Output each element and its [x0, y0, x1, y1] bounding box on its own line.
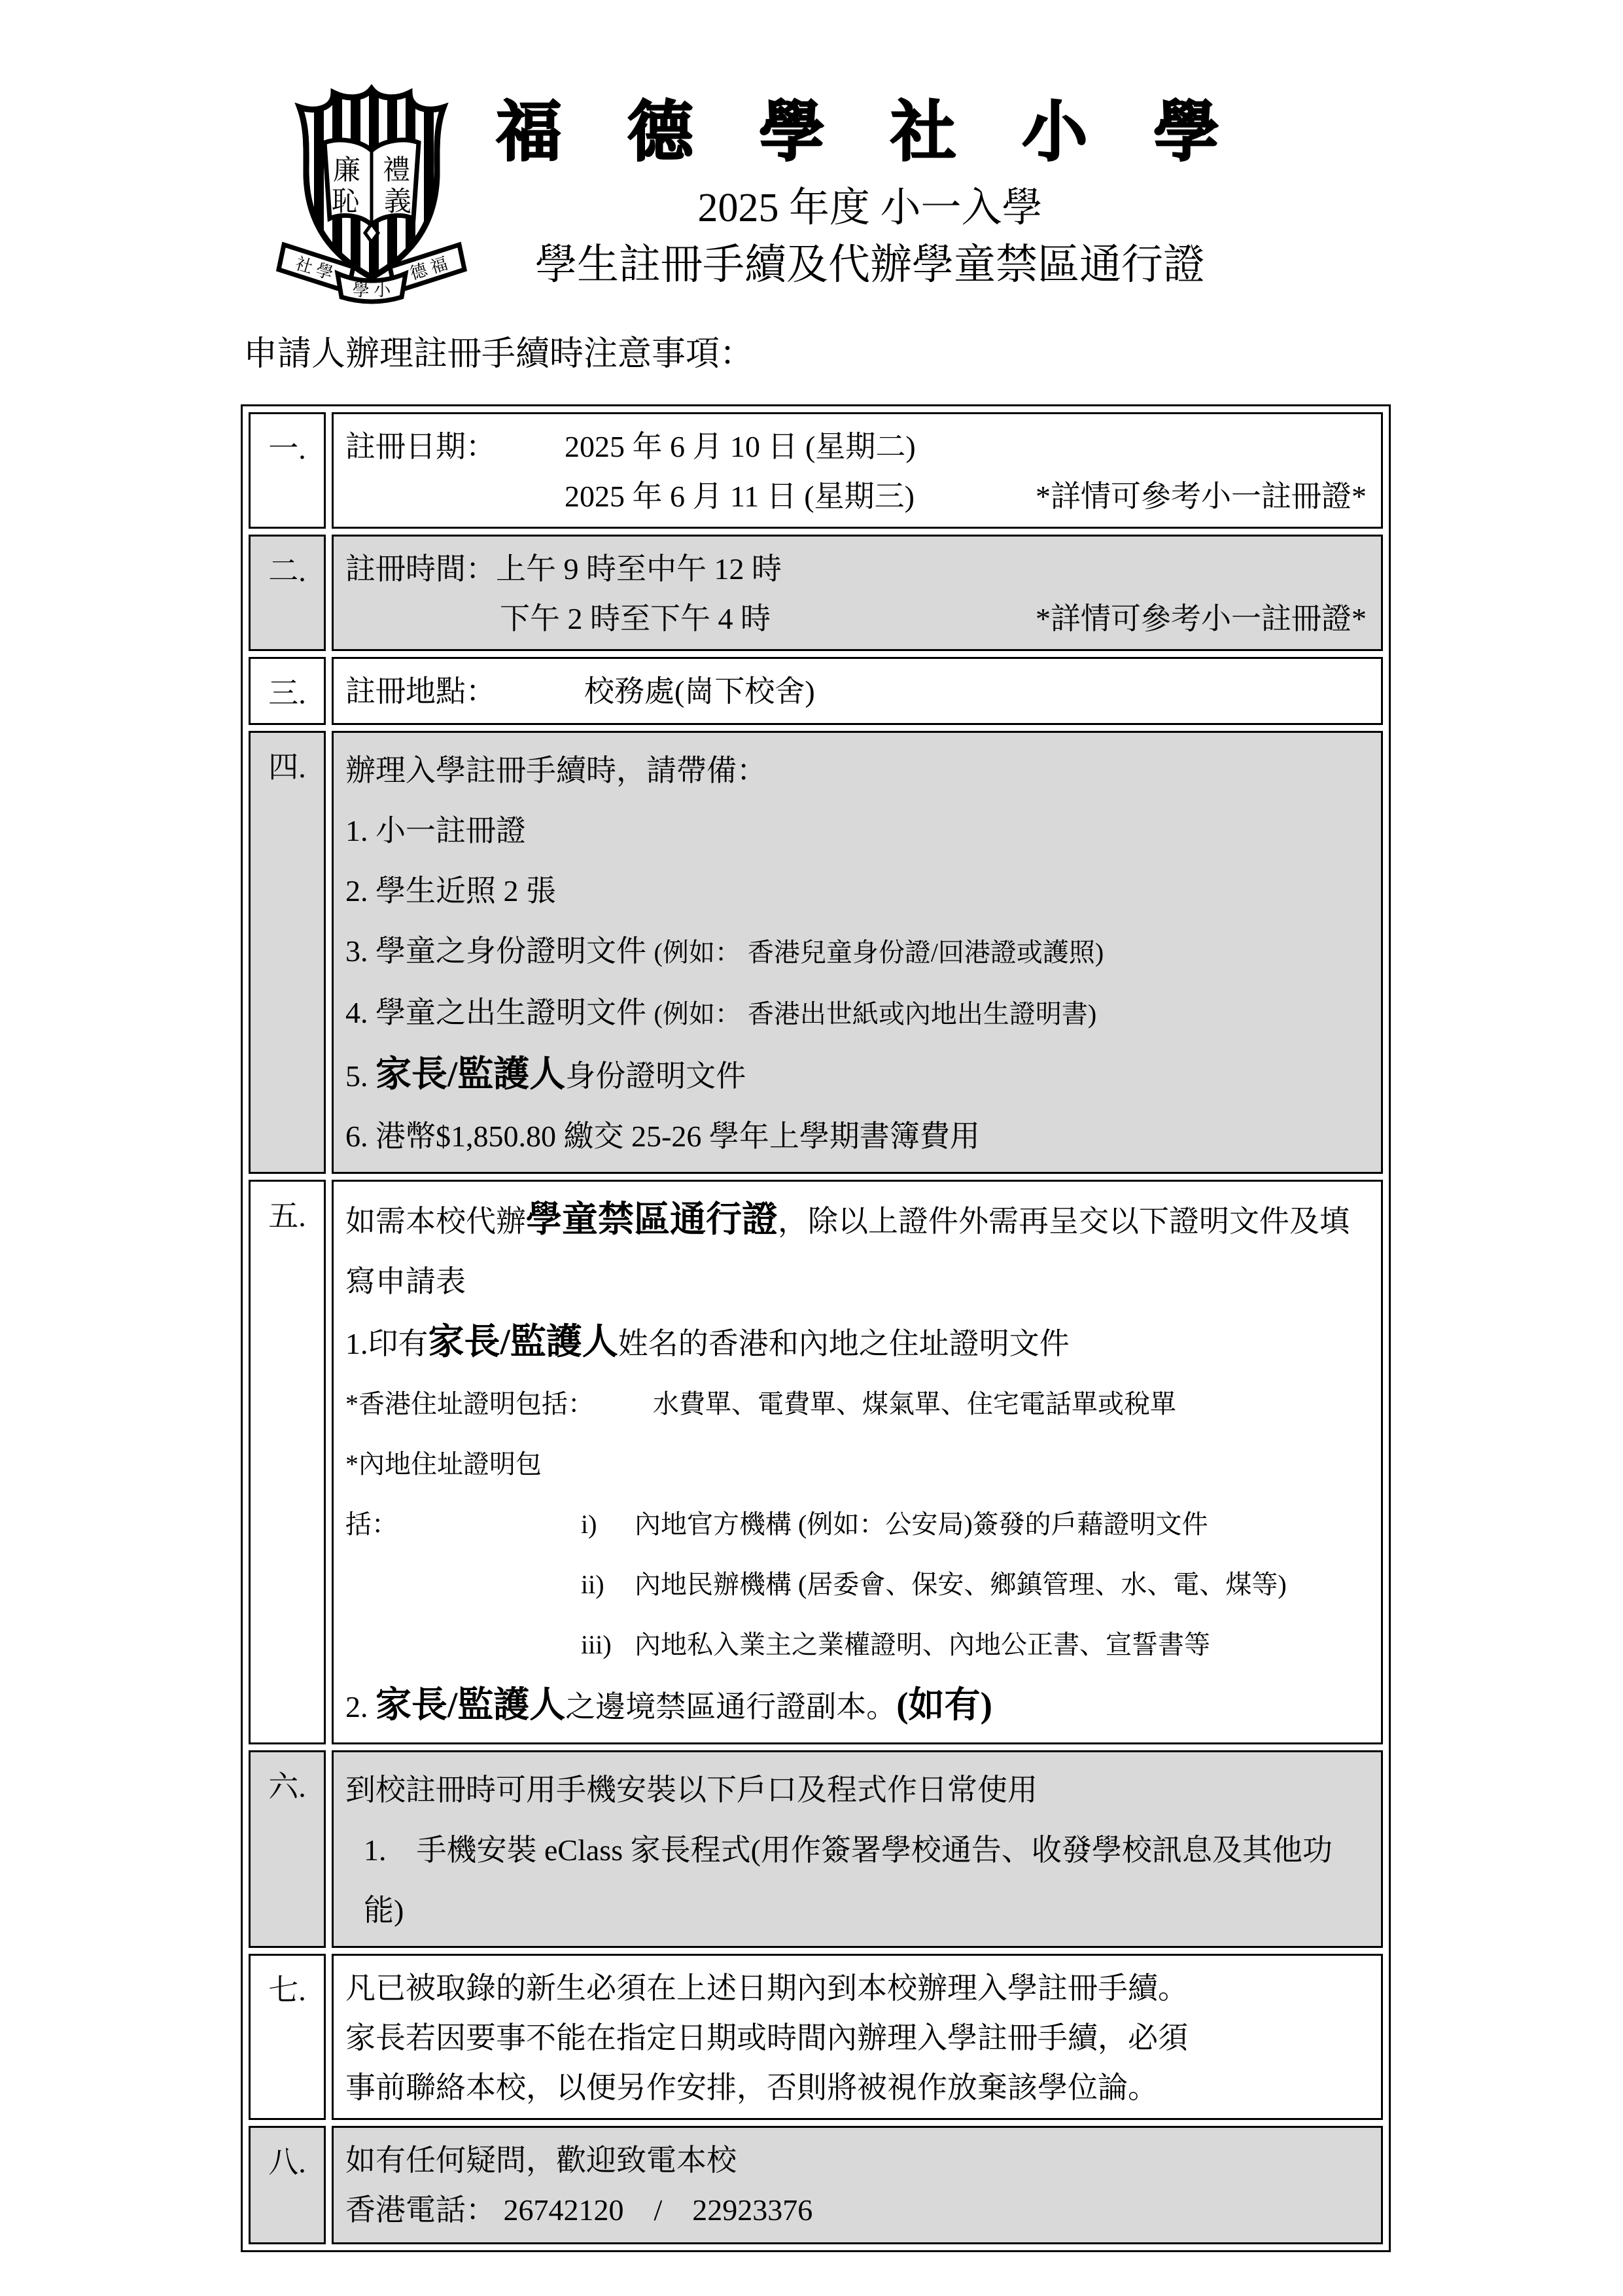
row-8-number: 八.: [249, 2126, 326, 2244]
marker-i: i): [581, 1494, 635, 1555]
permit-header: 如需本校代辦學童禁區通行證，除以上證件外需再呈交以下證明文件及填寫申請表: [345, 1190, 1369, 1312]
permit-item-1-post: 姓名的香港和內地之住址證明文件: [618, 1327, 1070, 1360]
apps-header: 到校註冊時可用手機安裝以下戶口及程式作日常使用: [345, 1760, 1369, 1820]
enquiry-line: 如有任何疑問，歡迎致電本校: [345, 2136, 1369, 2185]
phone-line: 香港電話： 26742120 / 22923376: [345, 2185, 1369, 2235]
bring-item-2: 2. 學生近照 2 張: [345, 861, 1369, 921]
bring-item-5-suffix: 身份證明文件: [565, 1059, 746, 1093]
hk-address-proof-value: 水費單、電費單、煤氣單、住宅電話單或稅單: [653, 1389, 1176, 1419]
row-6-number: 六.: [249, 1750, 326, 1948]
registration-date-line-2: 2025 年 6 月 11 日 (星期三) *詳情可參考小一註冊證*: [345, 472, 1369, 521]
registration-date-line-1: 註冊日期：2025 年 6 月 10 日 (星期二): [345, 422, 1369, 472]
permit-item-2-if-any: (如有): [896, 1685, 992, 1725]
admission-year-line: 2025 年度 小一入學: [347, 186, 1393, 230]
mainland-proof-iii: 內地私入業主之業權證明、內地公正書、宣誓書等: [635, 1630, 1210, 1659]
registration-cert-note: *詳情可參考小一註冊證*: [1036, 594, 1367, 644]
bring-item-3-example: (例如： 香港兒童身份證/回港證或護照): [654, 938, 1104, 967]
permit-header-pre: 如需本校代辦: [345, 1205, 526, 1238]
bring-item-5-guardian: 家長/監護人: [375, 1054, 565, 1094]
document-title: 學生註冊手續及代辦學童禁區通行證: [347, 242, 1393, 288]
bring-item-6: 6. 港幣$1,850.80 繳交 25-26 學年上學期書簿費用: [345, 1106, 1369, 1167]
row-3-number: 三.: [249, 657, 326, 725]
row-1-number: 一.: [249, 412, 326, 529]
bring-item-4-text: 4. 學童之出生證明文件: [345, 996, 654, 1029]
row-4-number: 四.: [249, 731, 326, 1174]
registration-date-label: 註冊日期：: [345, 422, 565, 472]
bring-item-3: 3. 學童之身份證明文件 (例如： 香港兒童身份證/回港證或護照): [345, 921, 1369, 983]
requirement-line-1: 凡已被取錄的新生必須在上述日期內到本校辦理入學註冊手續。: [345, 1964, 1369, 2013]
notice-intro: 申請人辦理註冊手續時注意事項：: [243, 326, 754, 375]
hk-address-proof-label: *香港住址證明包括：: [345, 1374, 653, 1434]
bring-item-4: 4. 學童之出生證明文件 (例如： 香港出世紙或內地出生證明書): [345, 983, 1369, 1044]
hk-address-proof-line: *香港住址證明包括：水費單、電費單、煤氣單、住宅電話單或稅單: [345, 1374, 1369, 1434]
bring-item-5: 5. 家長/監護人身份證明文件: [345, 1044, 1369, 1106]
marker-ii: ii): [581, 1555, 635, 1615]
mainland-address-proof-label: *內地住址證明包括：: [345, 1434, 581, 1555]
mainland-proof-i: 內地官方機構 (例如：公安局)簽發的戶藉證明文件: [635, 1510, 1208, 1539]
permit-item-1: 1.印有家長/監護人姓名的香港和內地之住址證明文件: [345, 1312, 1369, 1374]
mainland-proof-ii: 內地民辦機構 (居委會、保安、鄉鎮管理、水、電、煤等): [635, 1570, 1287, 1599]
permit-item-1-pre: 1.印有: [345, 1327, 428, 1360]
registration-time-line-1: 註冊時間：上午 9 時至中午 12 時: [345, 544, 1369, 594]
row-8-content: 如有任何疑問，歡迎致電本校 香港電話： 26742120 / 22923376: [332, 2126, 1383, 2244]
row-5-content: 如需本校代辦學童禁區通行證，除以上證件外需再呈交以下證明文件及填寫申請表 1.印…: [332, 1180, 1383, 1744]
school-name: 福 德 學 社 小 學: [347, 97, 1393, 169]
row-1-content: 註冊日期：2025 年 6 月 10 日 (星期二) 2025 年 6 月 11…: [332, 412, 1383, 529]
permit-item-2-guardian: 家長/監護人: [375, 1685, 565, 1725]
mainland-address-proof-line-iii: iii)內地私入業主之業權證明、內地公正書、宣誓書等: [345, 1615, 1369, 1675]
mainland-address-proof-line-i: *內地住址證明包括：i)內地官方機構 (例如：公安局)簽發的戶藉證明文件: [345, 1434, 1369, 1555]
bring-item-3-text: 3. 學童之身份證明文件: [345, 934, 654, 968]
permit-item-2-pre: 2.: [345, 1690, 375, 1723]
registration-date-2: 2025 年 6 月 11 日 (星期三): [565, 480, 915, 513]
document-page: 廉 恥 禮 義 社 學 德 福 學 小 福 德 學 社 小 學 2025 年度 …: [0, 0, 1623, 2296]
permit-item-1-guardian: 家長/監護人: [428, 1322, 618, 1362]
bring-item-5-prefix: 5.: [345, 1059, 375, 1093]
row-2-number: 二.: [249, 535, 326, 651]
mainland-address-proof-line-ii: ii)內地民辦機構 (居委會、保安、鄉鎮管理、水、電、煤等): [345, 1555, 1369, 1615]
row-7-number: 七.: [249, 1954, 326, 2120]
row-4-content: 辦理入學註冊手續時，請帶備： 1. 小一註冊證 2. 學生近照 2 張 3. 學…: [332, 731, 1383, 1174]
registration-venue-label: 註冊地點：: [345, 667, 584, 716]
bring-documents-header: 辦理入學註冊手續時，請帶備：: [345, 741, 1369, 801]
bring-item-4-example: (例如： 香港出世紙或內地出生證明書): [654, 999, 1097, 1029]
row-5-number: 五.: [249, 1180, 326, 1744]
registration-venue-value: 校務處(崗下校舍): [584, 675, 815, 708]
permit-item-2: 2. 家長/監護人之邊境禁區通行證副本。(如有): [345, 1675, 1369, 1737]
document-header: 福 德 學 社 小 學 2025 年度 小一入學 學生註冊手續及代辦學童禁區通行…: [242, 97, 1393, 289]
registration-venue-line: 註冊地點：校務處(崗下校舍): [345, 667, 1369, 716]
marker-iii: iii): [581, 1615, 635, 1675]
permit-item-2-mid: 之邊境禁區通行證副本。: [565, 1690, 896, 1723]
bring-item-1: 1. 小一註冊證: [345, 801, 1369, 861]
row-2-content: 註冊時間：上午 9 時至中午 12 時 下午 2 時至下午 4 時 *詳情可參考…: [332, 535, 1383, 651]
registration-date-1: 2025 年 6 月 10 日 (星期二): [565, 430, 916, 463]
requirement-line-2: 家長若因要事不能在指定日期或時間內辦理入學註冊手續，必須: [345, 2013, 1369, 2063]
eclass-app-item: 1. 手機安裝 eClass 家長程式(用作簽署學校通告、收發學校訊息及其他功能…: [364, 1820, 1369, 1941]
registration-time-pm: 下午 2 時至下午 4 時: [500, 602, 771, 635]
row-7-content: 凡已被取錄的新生必須在上述日期內到本校辦理入學註冊手續。 家長若因要事不能在指定…: [332, 1954, 1383, 2120]
row-3-content: 註冊地點：校務處(崗下校舍): [332, 657, 1383, 725]
requirement-line-3: 事前聯絡本校，以便另作安排，否則將被視作放棄該學位論。: [345, 2063, 1369, 2113]
permit-header-bold: 學童禁區通行證: [526, 1199, 778, 1239]
registration-table: 一. 註冊日期：2025 年 6 月 10 日 (星期二) 2025 年 6 月…: [241, 404, 1391, 2252]
registration-time-line-2: 下午 2 時至下午 4 時 *詳情可參考小一註冊證*: [345, 594, 1369, 644]
registration-cert-note: *詳情可參考小一註冊證*: [1036, 472, 1367, 521]
row-6-content: 到校註冊時可用手機安裝以下戶口及程式作日常使用 1. 手機安裝 eClass 家…: [332, 1750, 1383, 1948]
